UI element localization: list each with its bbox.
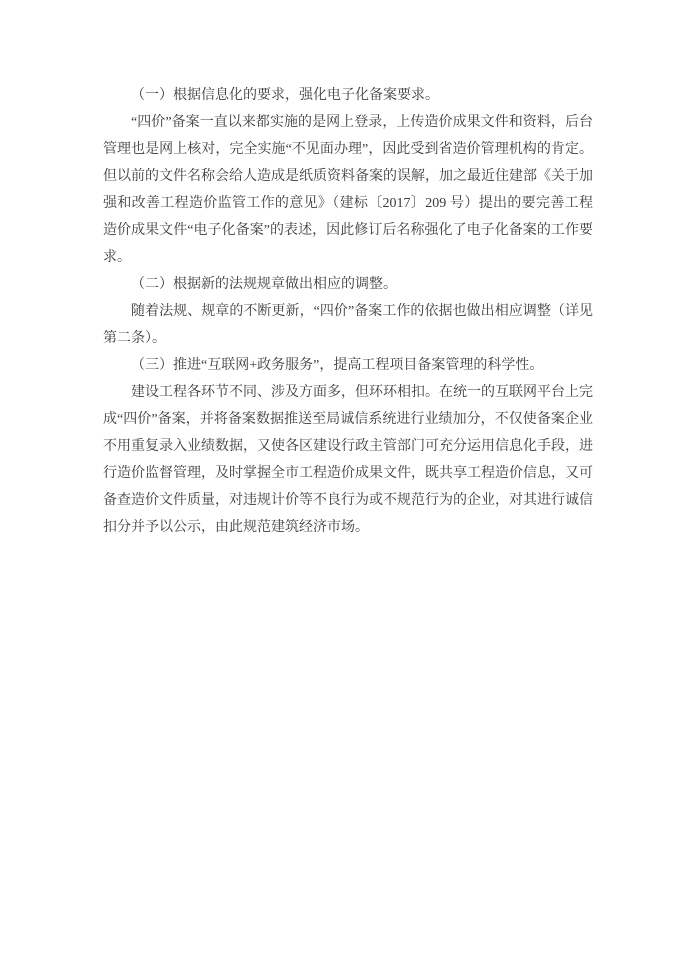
- item-heading-2: （二）根据新的法规规章做出相应的调整。: [103, 271, 593, 298]
- body-paragraph-3: 建设工程各环节不同、涉及方面多，但环环相扣。在统一的互联网平台上完成“四价”备案…: [103, 379, 593, 541]
- document-body: （一）根据信息化的要求，强化电子化备案要求。 “四价”备案一直以来都实施的是网上…: [103, 82, 593, 541]
- body-paragraph-1: “四价”备案一直以来都实施的是网上登录，上传造价成果文件和资料，后台管理也是网上…: [103, 109, 593, 271]
- body-paragraph-2: 随着法规、规章的不断更新，“四价”备案工作的依据也做出相应调整（详见第二条）。: [103, 298, 593, 352]
- item-heading-3: （三）推进“互联网+政务服务”，提高工程项目备案管理的科学性。: [103, 352, 593, 379]
- document-page: （一）根据信息化的要求，强化电子化备案要求。 “四价”备案一直以来都实施的是网上…: [0, 0, 680, 962]
- item-heading-1: （一）根据信息化的要求，强化电子化备案要求。: [103, 82, 593, 109]
